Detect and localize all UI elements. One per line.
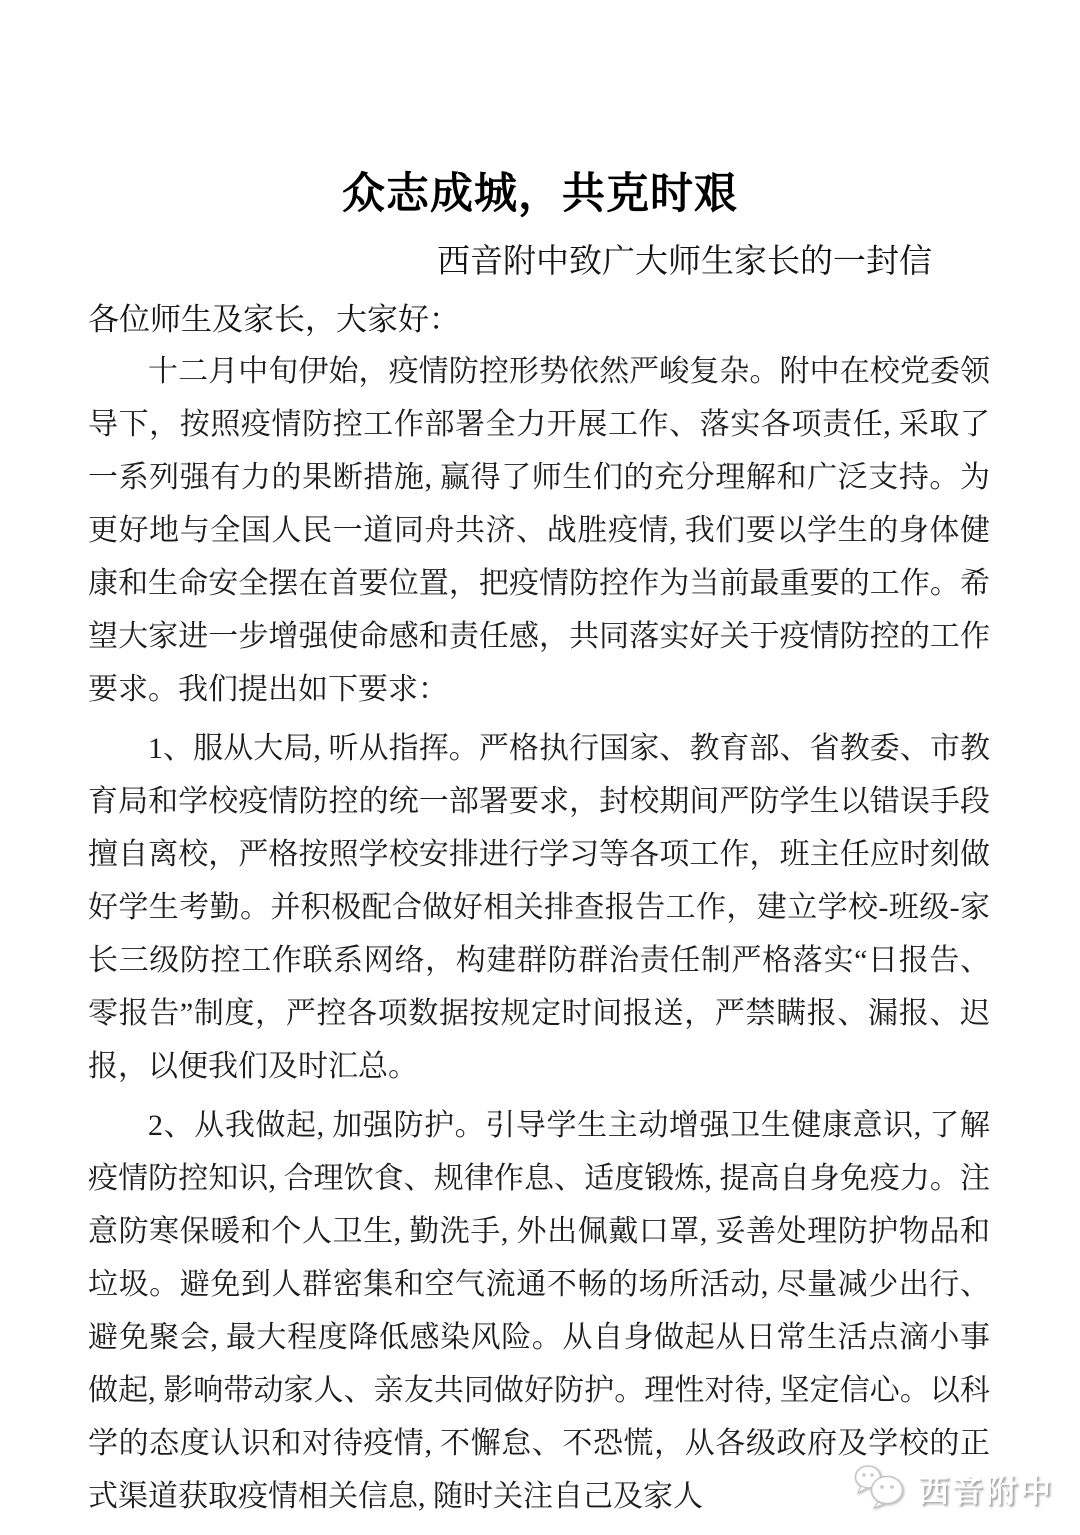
paragraph: 2、从我做起, 加强防护。引导学生主动增强卫生健康意识, 了解疫情防控知识, 合…	[88, 1099, 990, 1523]
wechat-icon	[853, 1462, 909, 1515]
paragraph: 1、服从大局, 听从指挥。严格执行国家、教育部、省教委、市教育局和学校疫情防控的…	[88, 722, 990, 1093]
subtitle: 西音附中致广大师生家长的一封信	[0, 235, 1080, 282]
document-page: 众志成城，共克时艰 西音附中致广大师生家长的一封信 各位师生及家长，大家好： 十…	[0, 0, 1080, 1535]
letter-body: 十二月中旬伊始，疫情防控形势依然严峻复杂。附中在校党委领导下，按照疫情防控工作部…	[88, 345, 990, 1523]
watermark: 西音附中	[853, 1462, 1054, 1515]
salutation: 各位师生及家长，大家好：	[88, 294, 990, 339]
paragraph: 十二月中旬伊始，疫情防控形势依然严峻复杂。附中在校党委领导下，按照疫情防控工作部…	[88, 345, 990, 716]
page-title: 众志成城，共克时艰	[0, 0, 1080, 219]
watermark-label: 西音附中	[918, 1466, 1054, 1511]
